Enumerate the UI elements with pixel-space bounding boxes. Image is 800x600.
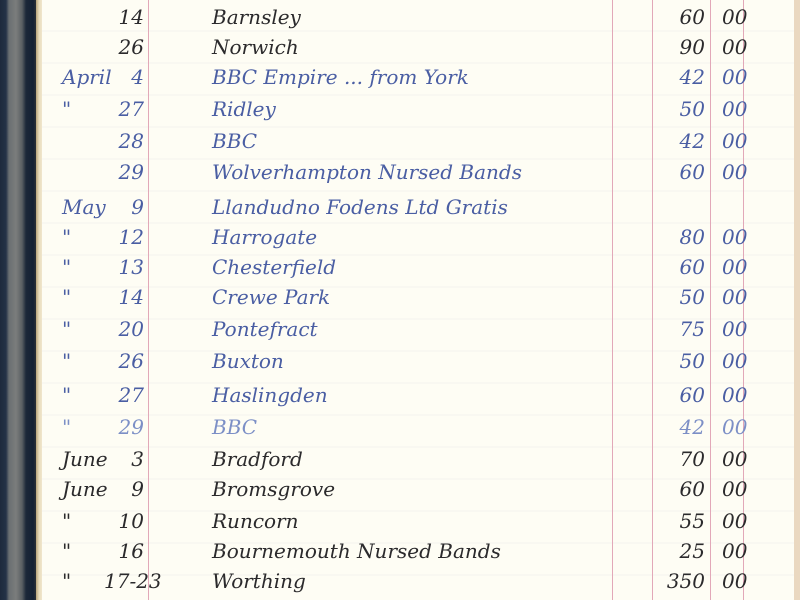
ledger-row: "20Pontefract7500 bbox=[0, 314, 800, 344]
entry-day: 10 bbox=[104, 506, 144, 536]
ledger-row: "16Bournemouth Nursed Bands2500 bbox=[0, 536, 800, 566]
entry-description: Haslingden bbox=[212, 380, 328, 410]
entry-description: Pontefract bbox=[212, 314, 318, 344]
entry-shillings: 00 bbox=[722, 412, 762, 442]
entry-pounds: 42 bbox=[655, 62, 705, 92]
ledger-row: "29BBC4200 bbox=[0, 412, 800, 442]
entry-description: BBC bbox=[212, 412, 257, 442]
entry-day: 27 bbox=[104, 380, 144, 410]
entry-pounds: 60 bbox=[655, 157, 705, 187]
entry-pounds: 70 bbox=[655, 444, 705, 474]
ledger-row: "13Chesterfield6000 bbox=[0, 252, 800, 282]
ledger-row: "17-23Worthing35000 bbox=[0, 566, 800, 596]
entry-description: Norwich bbox=[212, 32, 299, 62]
entry-shillings: 00 bbox=[722, 506, 762, 536]
entry-pounds: 55 bbox=[655, 506, 705, 536]
entry-shillings: 00 bbox=[722, 126, 762, 156]
entry-day: 26 bbox=[104, 32, 144, 62]
entry-day: 26 bbox=[104, 346, 144, 376]
entry-pounds: 80 bbox=[655, 222, 705, 252]
entry-pounds: 50 bbox=[655, 282, 705, 312]
entry-shillings: 00 bbox=[722, 474, 762, 504]
ledger-row: 26Norwich9000 bbox=[0, 32, 800, 62]
entry-shillings: 00 bbox=[722, 282, 762, 312]
entry-description: Barnsley bbox=[212, 2, 301, 32]
entry-shillings: 00 bbox=[722, 2, 762, 32]
entry-pounds: 42 bbox=[655, 126, 705, 156]
entry-description: Bradford bbox=[212, 444, 303, 474]
entry-day: 29 bbox=[104, 412, 144, 442]
entry-day: 9 bbox=[104, 474, 144, 504]
entry-pounds: 60 bbox=[655, 474, 705, 504]
entry-shillings: 00 bbox=[722, 346, 762, 376]
entry-day: 28 bbox=[104, 126, 144, 156]
entry-day: 16 bbox=[104, 536, 144, 566]
entry-description: Buxton bbox=[212, 346, 284, 376]
entry-day: 27 bbox=[104, 94, 144, 124]
entry-day: 17-23 bbox=[104, 566, 144, 596]
entry-shillings: 00 bbox=[722, 444, 762, 474]
entry-description: Chesterfield bbox=[212, 252, 336, 282]
entry-pounds: 50 bbox=[655, 346, 705, 376]
entry-pounds: 25 bbox=[655, 536, 705, 566]
ledger-row: May9Llandudno Fodens Ltd Gratis bbox=[0, 192, 800, 222]
entry-day: 4 bbox=[104, 62, 144, 92]
entry-day: 3 bbox=[104, 444, 144, 474]
entry-pounds: 90 bbox=[655, 32, 705, 62]
entry-description: Bournemouth Nursed Bands bbox=[212, 536, 501, 566]
entry-day: 29 bbox=[104, 157, 144, 187]
ledger-row: "10Runcorn5500 bbox=[0, 506, 800, 536]
entry-shillings: 00 bbox=[722, 32, 762, 62]
entry-shillings: 00 bbox=[722, 536, 762, 566]
ledger-row: 28BBC4200 bbox=[0, 126, 800, 156]
entry-pounds: 75 bbox=[655, 314, 705, 344]
entry-description: BBC Empire ... from York bbox=[212, 62, 469, 92]
ledger-row: "12Harrogate8000 bbox=[0, 222, 800, 252]
entry-shillings: 00 bbox=[722, 157, 762, 187]
entry-day: 20 bbox=[104, 314, 144, 344]
entry-description: Crewe Park bbox=[212, 282, 330, 312]
entry-pounds: 42 bbox=[655, 412, 705, 442]
entry-shillings: 00 bbox=[722, 94, 762, 124]
entry-pounds: 60 bbox=[655, 380, 705, 410]
entry-shillings: 00 bbox=[722, 566, 762, 596]
entry-shillings: 00 bbox=[722, 314, 762, 344]
entry-description: Runcorn bbox=[212, 506, 299, 536]
entry-description: Bromsgrove bbox=[212, 474, 335, 504]
entry-shillings: 00 bbox=[722, 62, 762, 92]
ledger-row: 29Wolverhampton Nursed Bands6000 bbox=[0, 157, 800, 187]
ledger-row: "14Crewe Park5000 bbox=[0, 282, 800, 312]
entry-day: 14 bbox=[104, 282, 144, 312]
entry-day: 12 bbox=[104, 222, 144, 252]
ledger-row: April4BBC Empire ... from York4200 bbox=[0, 62, 800, 92]
entry-shillings: 00 bbox=[722, 380, 762, 410]
ledger-row: "26Buxton5000 bbox=[0, 346, 800, 376]
entry-day: 13 bbox=[104, 252, 144, 282]
ledger-row: "27Ridley5000 bbox=[0, 94, 800, 124]
entry-pounds: 60 bbox=[655, 2, 705, 32]
ledger-row: 14Barnsley6000 bbox=[0, 2, 800, 32]
entry-day: 14 bbox=[104, 2, 144, 32]
entry-shillings: 00 bbox=[722, 252, 762, 282]
entry-description: Harrogate bbox=[212, 222, 317, 252]
entry-description: Wolverhampton Nursed Bands bbox=[212, 157, 522, 187]
entry-pounds: 350 bbox=[655, 566, 705, 596]
entry-pounds: 50 bbox=[655, 94, 705, 124]
ledger-row: "27Haslingden6000 bbox=[0, 380, 800, 410]
entry-day: 9 bbox=[104, 192, 144, 222]
ledger-row: June9Bromsgrove6000 bbox=[0, 474, 800, 504]
entry-description: Worthing bbox=[212, 566, 306, 596]
entry-description: BBC bbox=[212, 126, 257, 156]
entry-description: Ridley bbox=[212, 94, 276, 124]
entry-shillings: 00 bbox=[722, 222, 762, 252]
entry-pounds: 60 bbox=[655, 252, 705, 282]
ledger-row: June3Bradford7000 bbox=[0, 444, 800, 474]
entry-description: Llandudno Fodens Ltd Gratis bbox=[212, 192, 508, 222]
